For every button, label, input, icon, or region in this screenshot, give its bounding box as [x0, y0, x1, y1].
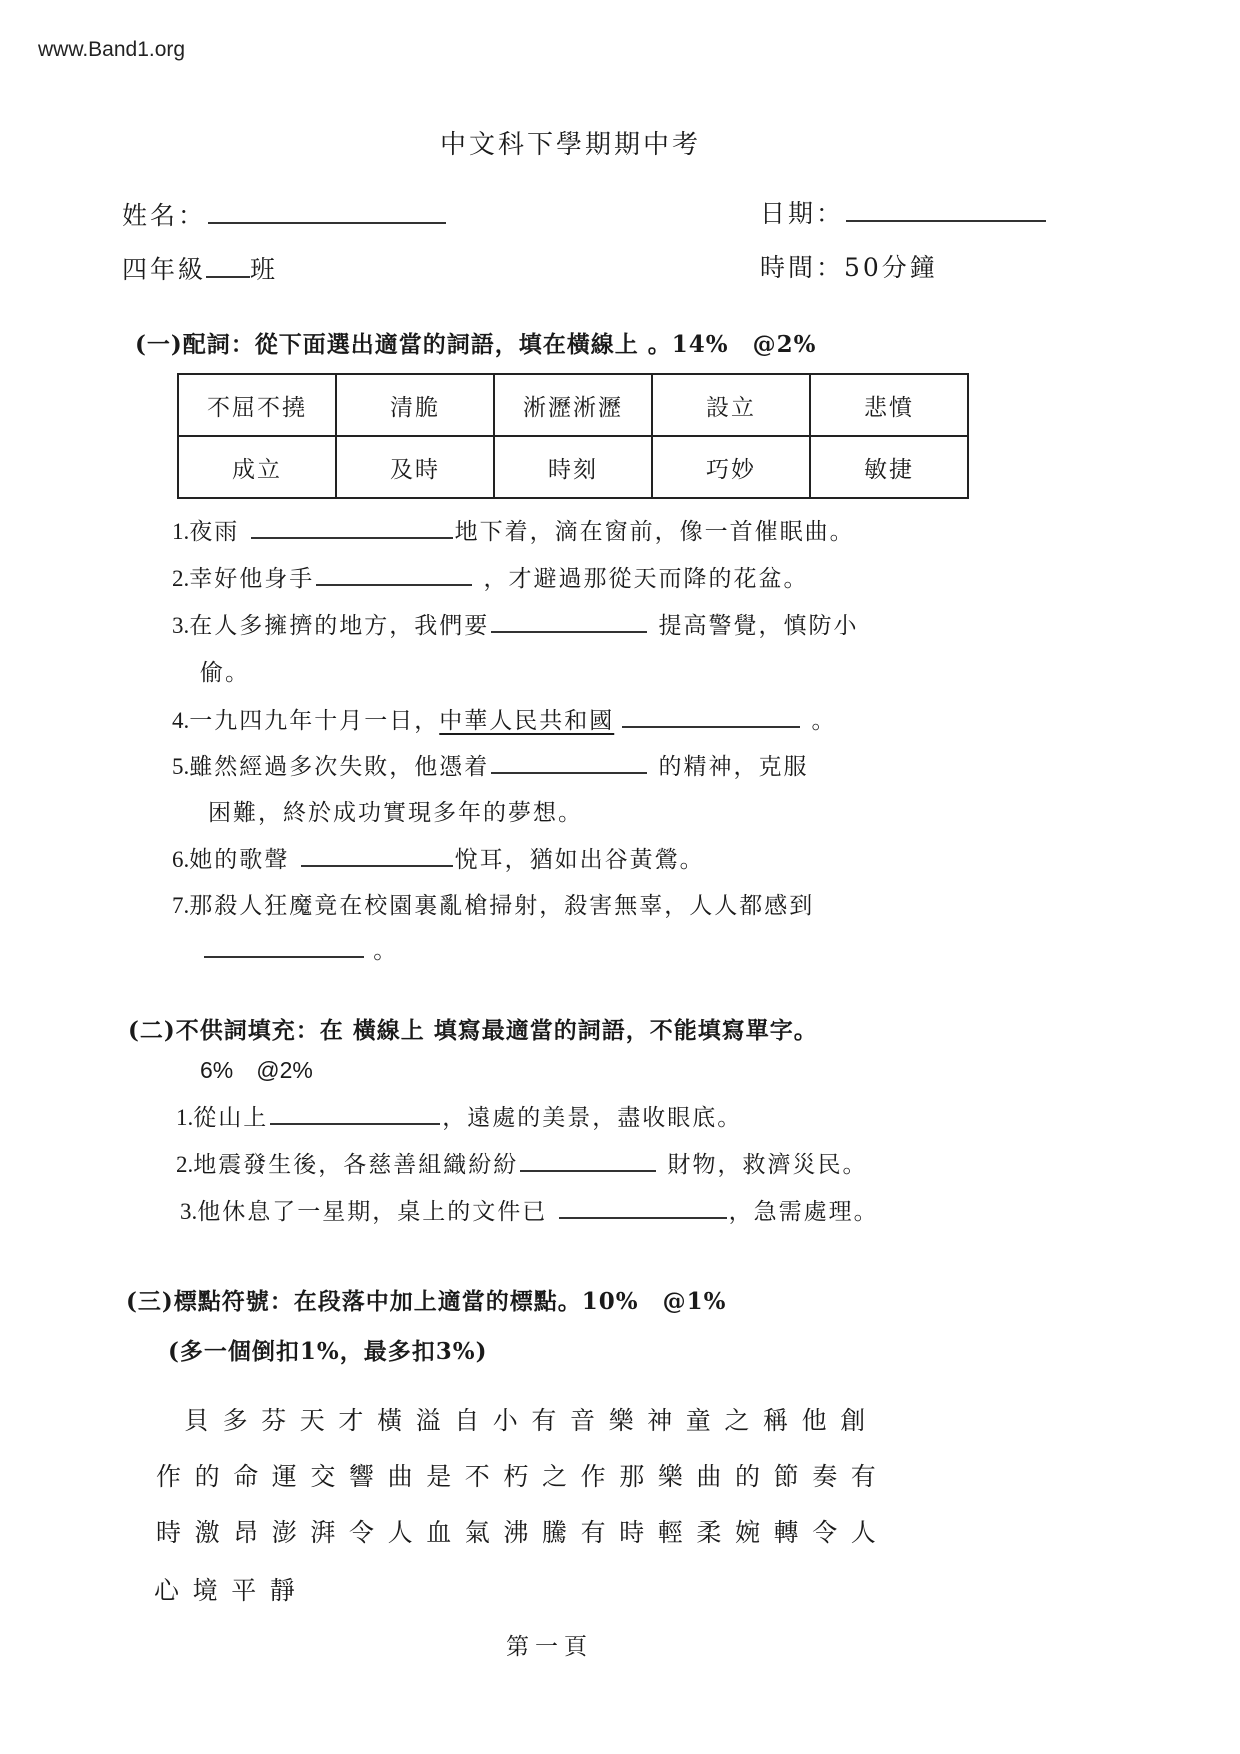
word-bank-table: 不屈不撓 清脆 淅瀝淅瀝 設立 悲憤 成立 及時 時刻 巧妙 敏捷 — [177, 373, 969, 499]
answer-blank[interactable] — [559, 1216, 727, 1219]
answer-blank[interactable] — [251, 536, 453, 539]
question-2-3: 3.他休息了一星期，桌上的文件已 ，急需處理。 — [180, 1193, 879, 1226]
section1-heading: (一)配詞：從下面選出適當的詞語，填在橫線上 。14% @2% — [135, 326, 817, 359]
name-field: 姓名： — [122, 196, 448, 232]
answer-blank[interactable] — [491, 630, 647, 633]
word-cell: 不屈不撓 — [178, 374, 336, 436]
question-6: 6.她的歌聲 悅耳，猶如出谷黃鶯。 — [172, 841, 705, 874]
passage-line: 時激昂澎湃令人血氣沸騰有時輕柔婉轉令人 — [156, 1513, 889, 1549]
word-cell: 清脆 — [336, 374, 494, 436]
answer-blank[interactable] — [270, 1122, 440, 1125]
date-blank[interactable] — [846, 219, 1046, 222]
page-number: 第一頁 — [506, 1628, 593, 1661]
exam-title: 中文科下學期期中考 — [440, 124, 701, 161]
word-cell: 巧妙 — [652, 436, 810, 498]
question-2-1: 1.從山上，遠處的美景，盡收眼底。 — [176, 1099, 742, 1132]
word-cell: 時刻 — [494, 436, 652, 498]
class-suffix: 班 — [250, 255, 278, 284]
word-cell: 設立 — [652, 374, 810, 436]
word-cell: 悲憤 — [810, 374, 968, 436]
question-7: 7.那殺人狂魔竟在校園裏亂槍掃射，殺害無辜，人人都感到 — [172, 887, 814, 920]
word-cell: 及時 — [336, 436, 494, 498]
question-7-continued: 。 — [204, 932, 398, 965]
answer-blank[interactable] — [491, 771, 647, 774]
class-blank[interactable] — [206, 275, 250, 278]
section2-marks: 6% @2% — [200, 1052, 313, 1085]
word-cell: 淅瀝淅瀝 — [494, 374, 652, 436]
answer-blank[interactable] — [301, 864, 453, 867]
table-row: 成立 及時 時刻 巧妙 敏捷 — [178, 436, 968, 498]
class-field: 四年級班 — [122, 250, 278, 286]
watermark: www.Band1.org — [38, 38, 185, 62]
name-blank[interactable] — [208, 221, 446, 224]
question-3: 3.在人多擁擠的地方，我們要 提高警覺，慎防小 — [172, 607, 859, 640]
answer-blank[interactable] — [520, 1169, 656, 1172]
section3-heading: (三)標點符號：在段落中加上適當的標點。10% @1% — [126, 1283, 726, 1316]
answer-blank[interactable] — [316, 583, 472, 586]
time-label: 時間：50分鐘 — [760, 248, 938, 284]
answer-blank[interactable] — [622, 725, 800, 728]
passage-line: 作的命運交響曲是不朽之作那樂曲的節奏有 — [156, 1457, 889, 1493]
passage-line: 心境平靜 — [154, 1571, 308, 1607]
section2-heading: (二)不供詞填充：在 橫線上 填寫最適當的詞語，不能填寫單字。 — [128, 1012, 818, 1045]
question-3-continued: 偷。 — [200, 654, 250, 687]
question-1: 1.夜雨 地下着，滴在窗前，像一首催眠曲。 — [172, 513, 855, 546]
underlined-phrase: 中華人民共和國 — [439, 708, 614, 734]
question-2: 2.幸好他身手 ，才避過那從天而降的花盆。 — [172, 560, 809, 593]
word-cell: 敏捷 — [810, 436, 968, 498]
answer-blank[interactable] — [204, 955, 364, 958]
passage-line: 貝多芬天才橫溢自小有音樂神童之稱他創 — [184, 1401, 879, 1437]
table-row: 不屈不撓 清脆 淅瀝淅瀝 設立 悲憤 — [178, 374, 968, 436]
class-prefix: 四年級 — [122, 255, 206, 284]
question-4: 4.一九四九年十月一日，中華人民共和國 。 — [172, 702, 837, 735]
name-label: 姓名： — [122, 201, 206, 230]
question-5: 5.雖然經過多次失敗，他憑着 的精神，克服 — [172, 748, 809, 781]
question-5-continued: 困難，終於成功實現多年的夢想。 — [208, 794, 583, 827]
word-cell: 成立 — [178, 436, 336, 498]
date-label: 日期： — [760, 199, 844, 228]
question-2-2: 2.地震發生後，各慈善組織紛紛 財物，救濟災民。 — [176, 1146, 868, 1179]
section3-note: (多一個倒扣1%，最多扣3%) — [168, 1333, 487, 1366]
date-field: 日期： — [760, 194, 1048, 230]
